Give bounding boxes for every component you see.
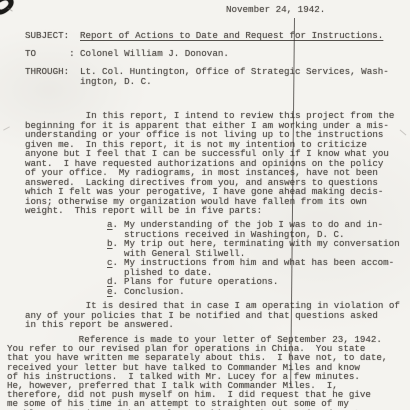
subject-field: SUBJECT: Report of Actions to Date and R…: [25, 31, 405, 41]
paragraph-request: It is desired that in case I am operatin…: [25, 301, 400, 330]
list-item-text: My understanding of the job I was to do …: [124, 220, 383, 239]
subject-value: Report of Actions to Date and Request fo…: [80, 31, 383, 41]
text-line: ington, D. C.: [80, 77, 389, 87]
list-item: a.My understanding of the job I was to d…: [107, 220, 397, 239]
list-item-text: Conclusion.: [124, 287, 185, 297]
list-item-text: My instructions from him and what has be…: [124, 258, 394, 277]
scanned-memo-page: SECRET November 24, 1942. SUBJECT: Repor…: [0, 0, 410, 410]
text-line: Conclusion.: [124, 287, 185, 297]
through-field: THROUGH: Lt. Col. Huntington, Office of …: [25, 67, 405, 86]
to-label: TO :: [25, 49, 80, 59]
text-line: weight. This report will be in five part…: [25, 206, 400, 216]
list-item-letter: a.: [107, 220, 124, 239]
list-item: b.My trip out here, terminating with my …: [107, 239, 397, 258]
through-label: THROUGH:: [25, 67, 80, 77]
list-item-text: My trip out here, terminating with my co…: [124, 239, 400, 258]
text-line: in this report be answered.: [25, 320, 400, 330]
paragraph-introduction: In this report, I intend to review this …: [25, 111, 400, 216]
subject-label: SUBJECT:: [25, 31, 80, 41]
list-item: c.My instructions from him and what has …: [107, 258, 397, 277]
date-line: November 24, 1942.: [226, 5, 325, 15]
secret-classification-stamp: SECRET: [0, 0, 147, 24]
list-item-letter: e.: [107, 287, 124, 297]
list-item: e.Conclusion.: [107, 287, 397, 297]
list-item-letter: c.: [107, 258, 124, 277]
to-value: Colonel William J. Donovan.: [80, 49, 229, 59]
to-field: TO : Colonel William J. Donovan.: [25, 49, 405, 59]
report-parts-list: a.My understanding of the job I was to d…: [107, 220, 397, 296]
through-value: Lt. Col. Huntington, Office of Strategic…: [80, 67, 389, 86]
paragraph-reference: Reference is made to your letter of Sept…: [7, 335, 405, 410]
scan-smudge: [400, 130, 407, 136]
list-item-letter: b.: [107, 239, 124, 258]
scan-smudge: [3, 126, 10, 130]
